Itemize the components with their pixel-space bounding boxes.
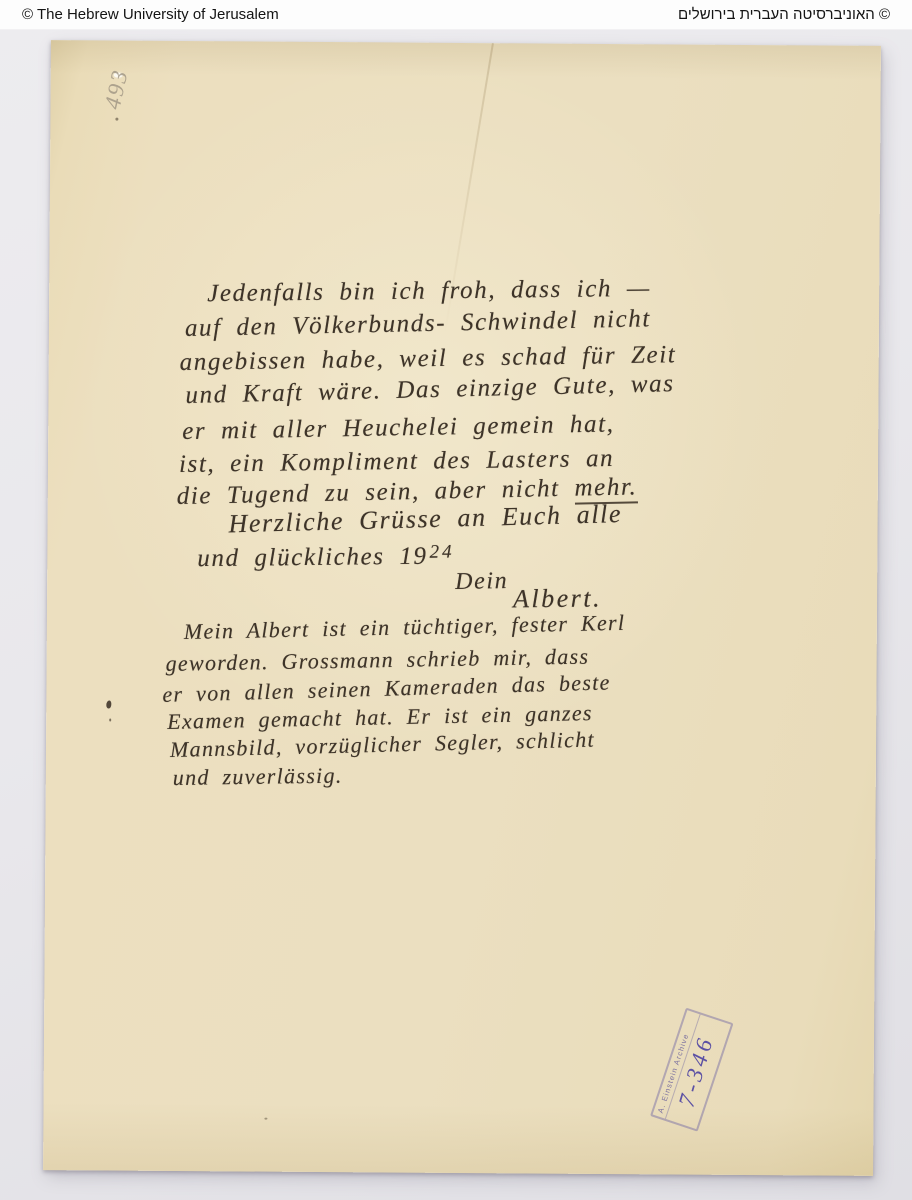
handwriting-line: er mit aller Heuchelei gemein hat, [182,410,615,446]
postscript-line: Mein Albert ist ein tüchtiger, fester Ke… [184,610,626,645]
copyright-hebrew: © האוניברסיטה העברית בירושלים [678,6,890,23]
ink-blot [106,701,111,709]
handwriting-line: Jedenfalls bin ich froh, dass ich — [207,275,651,309]
raised-year-digits: 24 [429,541,454,562]
valediction: Dein [455,568,509,597]
copyright-english: © The Hebrew University of Jerusalem [22,6,279,23]
letter-page: 493 Jedenfalls bin ich froh, dass ich — … [43,40,881,1176]
closing-year-line: und glückliches 1924 [197,541,455,573]
einstein-archive-stamp: A. Einstein Archive 7-346 [650,1008,733,1132]
scan-viewer: © The Hebrew University of Jerusalem © ה… [0,0,912,1200]
postscript-line: und zuverlässig. [173,763,343,791]
ink-speck [264,1118,267,1120]
handwriting-text: und glückliches 19 [197,543,428,572]
ink-speck [109,719,111,722]
handwriting-line: auf den Völkerbunds- Schwindel nicht [185,305,652,344]
copyright-header: © The Hebrew University of Jerusalem © ה… [0,0,912,30]
pencil-folio-number: 493 [98,57,150,124]
